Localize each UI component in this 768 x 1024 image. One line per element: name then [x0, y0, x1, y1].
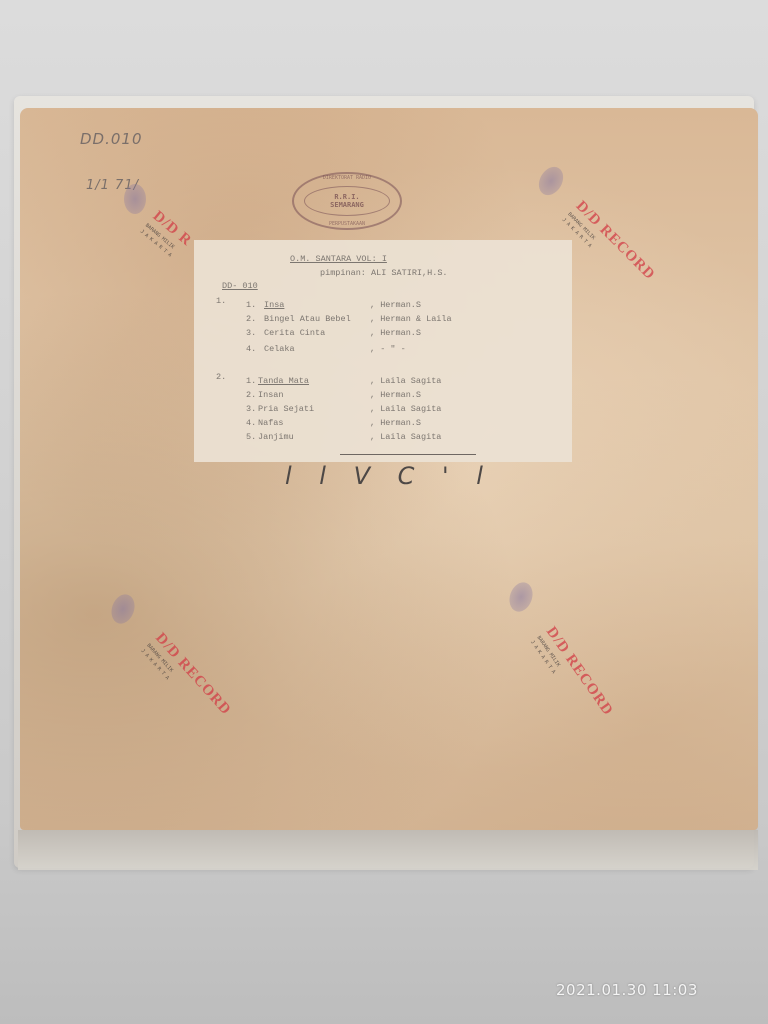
thumbprint-smudge	[124, 184, 146, 214]
track-artist: , Herman.S	[370, 328, 421, 338]
track-number: 1.	[246, 300, 256, 310]
track-title: Bingel Atau Bebel	[264, 314, 351, 324]
track-number: 4.	[246, 418, 256, 428]
typed-rule-line	[340, 454, 476, 455]
stamp-inner: R.R.I. SEMARANG	[304, 186, 390, 216]
track-artist: , Herman.S	[370, 300, 421, 310]
track-title: Janjimu	[258, 432, 294, 442]
track-number: 2.	[246, 314, 256, 324]
track-number: 5.	[246, 432, 256, 442]
track-number: 1.	[246, 376, 256, 386]
sleeve-bottom-edge	[18, 830, 758, 870]
track-title: Celaka	[264, 344, 295, 354]
side-2-number: 2.	[216, 372, 226, 382]
stamp-arc-top: DIREKTORAT RADIO	[294, 175, 400, 181]
track-artist: , - " -	[370, 344, 406, 354]
track-number: 3.	[246, 328, 256, 338]
photo-timestamp: 2021.01.30 11:03	[556, 981, 698, 999]
stamp-arc-bottom: PERPUSTAKAAN	[294, 221, 400, 227]
handwritten-catalog-code: DD.010	[80, 130, 143, 148]
track-title: Tanda Mata	[258, 376, 309, 386]
track-artist: , Laila Sagita	[370, 376, 441, 386]
track-title: Cerita Cinta	[264, 328, 325, 338]
track-artist: , Laila Sagita	[370, 404, 441, 414]
track-number: 4.	[246, 344, 256, 354]
track-artist: , Herman & Laila	[370, 314, 452, 324]
handwritten-scrawl: l l V C ' l	[285, 462, 493, 490]
track-artist: , Laila Sagita	[370, 432, 441, 442]
track-artist: , Herman.S	[370, 390, 421, 400]
track-title: Pria Sejati	[258, 404, 314, 414]
track-number: 3.	[246, 404, 256, 414]
side-1-number: 1.	[216, 296, 226, 306]
track-title: Insa	[264, 300, 284, 310]
label-catalog: DD- 010	[222, 281, 258, 291]
stamp-line1: R.R.I.	[334, 193, 359, 201]
stamp-line2: SEMARANG	[330, 201, 364, 209]
track-title: Insan	[258, 390, 284, 400]
track-artist: , Herman.S	[370, 418, 421, 428]
track-title: Nafas	[258, 418, 284, 428]
label-leader: pimpinan: ALI SATIRI,H.S.	[320, 268, 448, 278]
track-number: 2.	[246, 390, 256, 400]
rri-oval-stamp: DIREKTORAT RADIO R.R.I. SEMARANG PERPUST…	[292, 172, 402, 230]
label-title: O.M. SANTARA VOL: I	[290, 254, 387, 264]
